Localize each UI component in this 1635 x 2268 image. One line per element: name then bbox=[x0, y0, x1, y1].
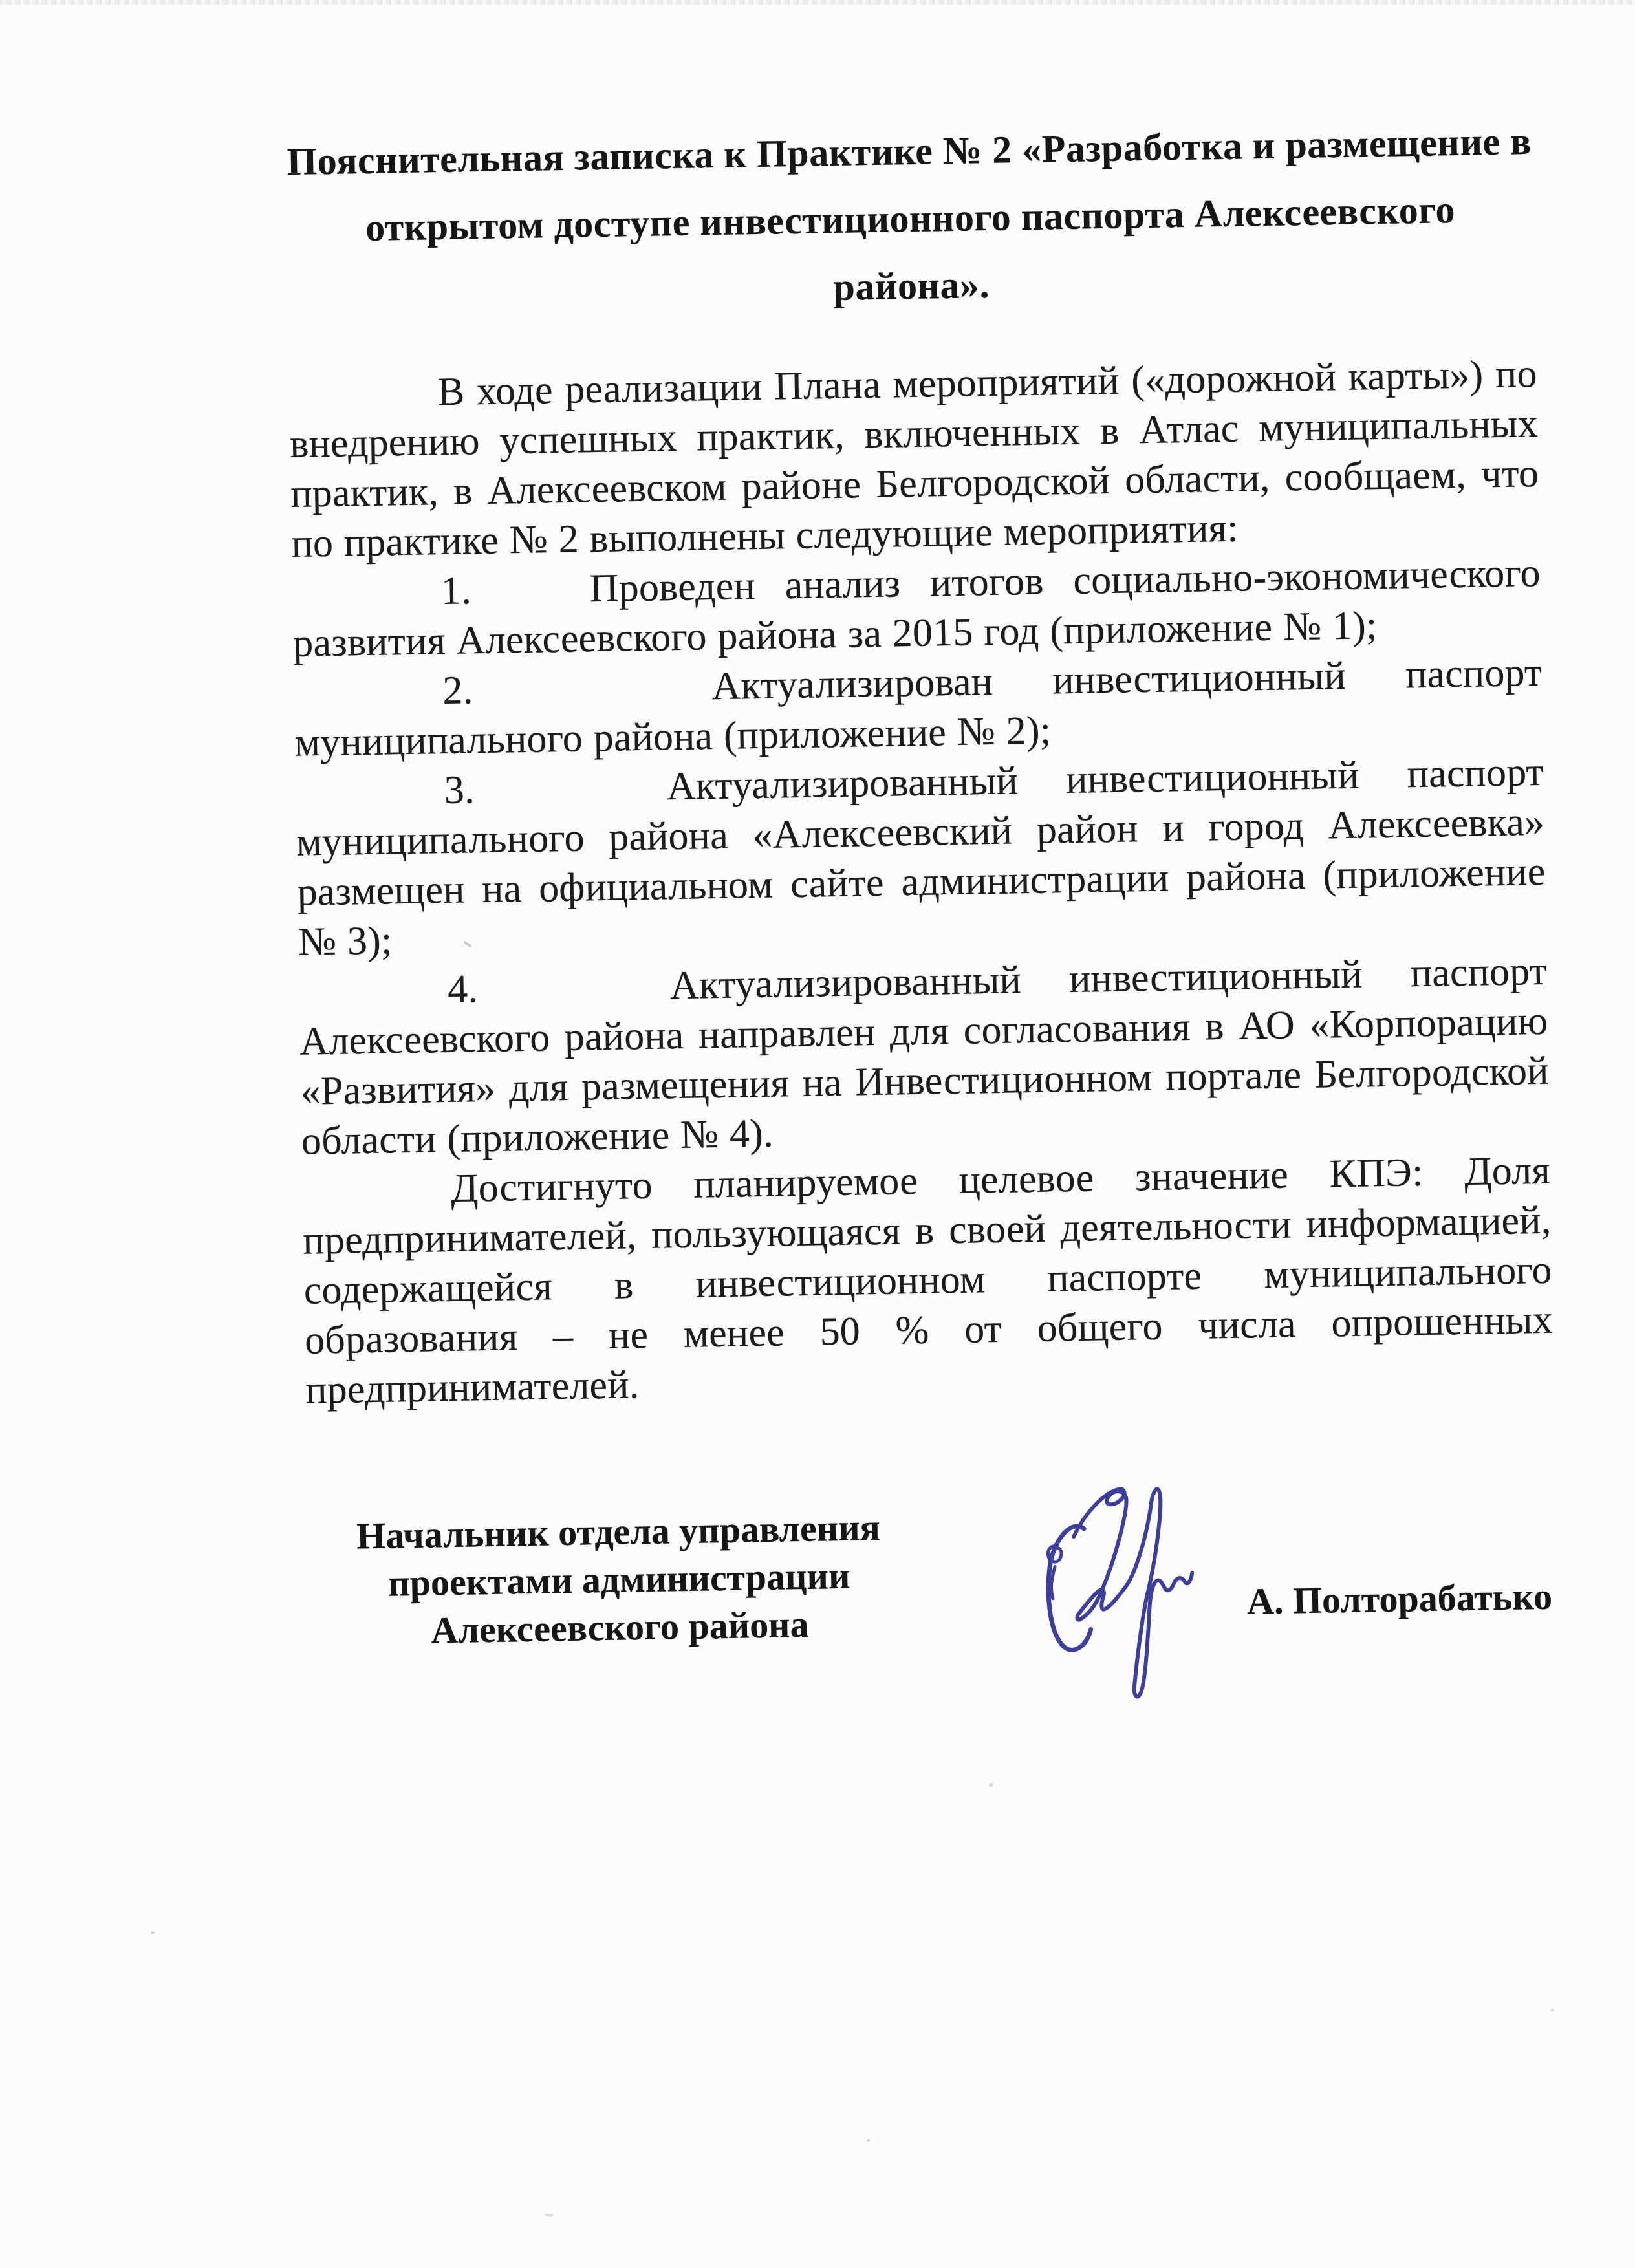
document-title-line-2: открытом доступе инвестиционного паспорт… bbox=[286, 175, 1536, 330]
scan-speckle bbox=[151, 1931, 155, 1934]
paragraph-kpi: Достигнуто планируемое целевое значение … bbox=[302, 1146, 1554, 1416]
scan-speckle bbox=[763, 482, 766, 484]
document-page: Пояснительная записка к Практике № 2 «Ра… bbox=[0, 0, 1635, 2268]
signer-position: Начальник отдела управления проектами ад… bbox=[347, 1504, 893, 1656]
paragraph-item-3: 3. Актуализированный инвестиционный пасп… bbox=[295, 748, 1546, 967]
scan-speckle bbox=[867, 2139, 870, 2142]
signer-name: А. Полторабатько bbox=[1246, 1575, 1552, 1623]
paragraph-item-4: 4. Актуализированный инвестиционный пасп… bbox=[299, 947, 1550, 1167]
signature-image bbox=[1037, 1479, 1209, 1714]
paragraph-intro: В ходе реализации Плана мероприятий («до… bbox=[288, 349, 1540, 569]
signature-block: Начальник отдела управления проектами ад… bbox=[308, 1493, 1561, 1850]
scan-speckle bbox=[1550, 2009, 1554, 2011]
document-title: Пояснительная записка к Практике № 2 «Ра… bbox=[285, 107, 1536, 330]
signature-stroke bbox=[1047, 1526, 1091, 1650]
signer-position-line-1: Начальник отдела управления bbox=[347, 1504, 891, 1561]
signature-stroke bbox=[1073, 1488, 1194, 1698]
document-content: Пояснительная записка к Практике № 2 «Ра… bbox=[285, 107, 1561, 1850]
signer-position-line-2: проектами администрации bbox=[347, 1551, 891, 1608]
signer-position-line-3: Алексеевского района bbox=[348, 1599, 892, 1656]
signature-stroke bbox=[1051, 1567, 1056, 1599]
scan-speckle bbox=[989, 1783, 993, 1787]
scan-edge-artifact bbox=[0, 0, 1635, 5]
scan-speckle bbox=[545, 2213, 553, 2217]
